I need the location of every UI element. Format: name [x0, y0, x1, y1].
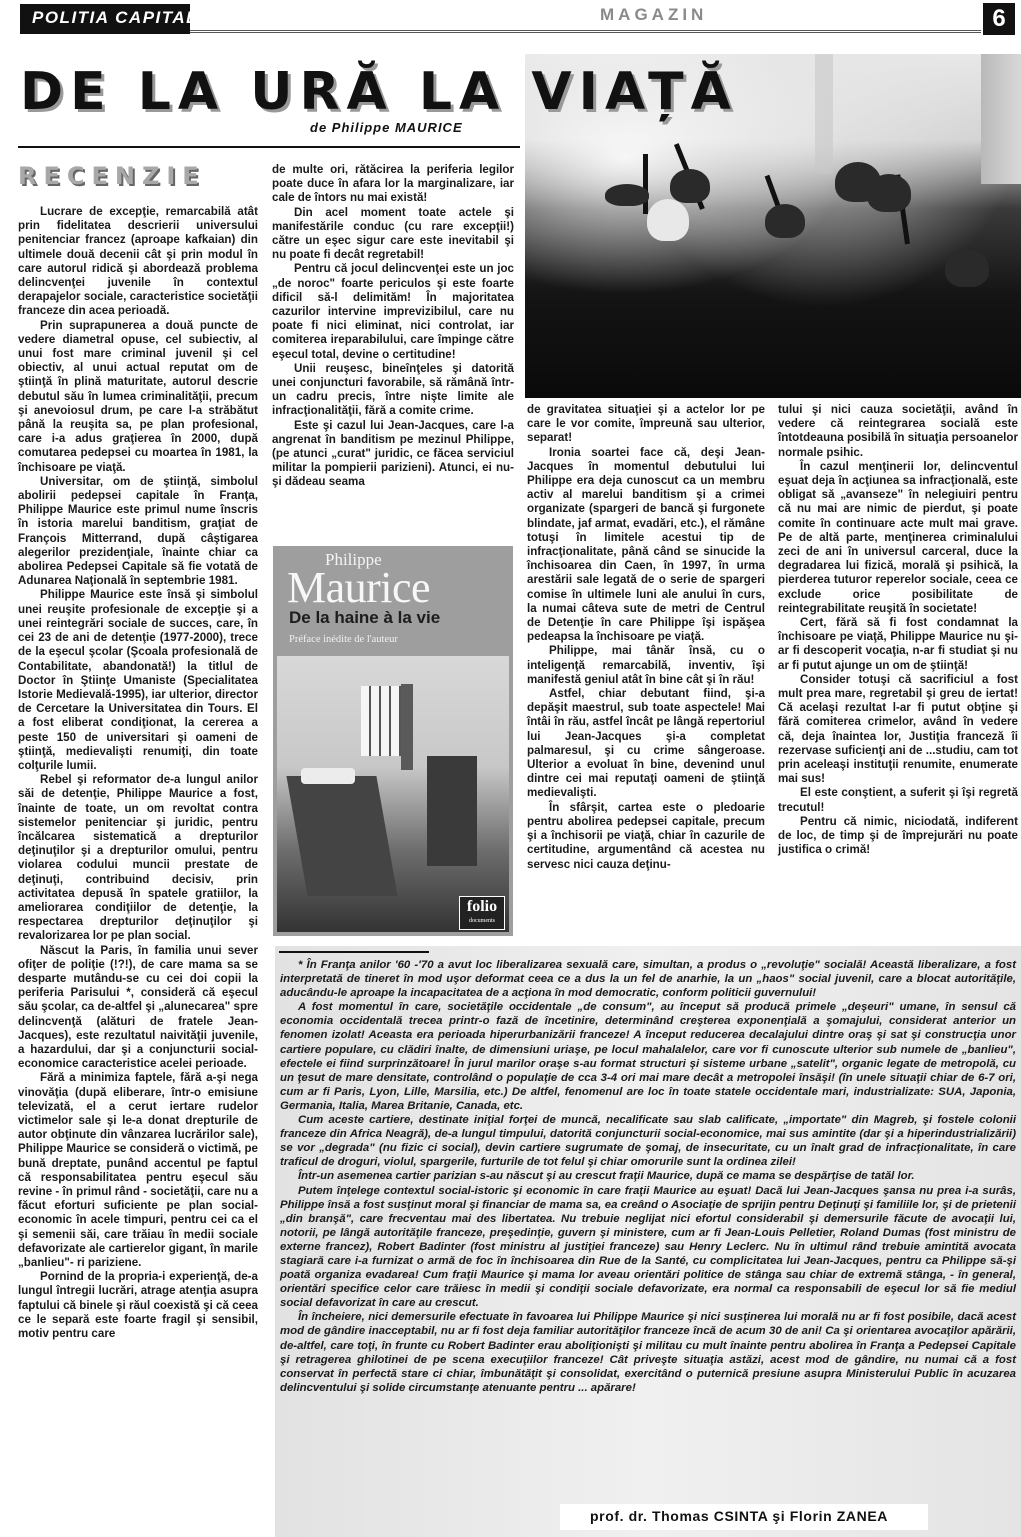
- book-cover-image: Philippe Maurice De la haine à la vie Pr…: [273, 546, 513, 936]
- rubric-label: RECENZIE: [18, 162, 206, 190]
- paragraph: Ironia soartei face că, deşi Jean-Jacque…: [527, 446, 765, 645]
- prison-cell-photo: [277, 656, 509, 932]
- paragraph: Consider totuşi că sacrificiul a fost mu…: [778, 673, 1018, 787]
- book-author-last: Maurice: [287, 562, 430, 613]
- paragraph: Lucrare de excepţie, remarcabilă atât pr…: [18, 205, 258, 319]
- paragraph: Astfel, chiar debutant fiind, şi-a depăş…: [527, 687, 765, 801]
- section-header: POLITIA CAPITALEI: [20, 4, 190, 34]
- header-rule: [190, 30, 981, 33]
- paragraph: În cazul menţinerii lor, delincventul eş…: [778, 460, 1018, 616]
- paragraph: El este conştient, a suferit şi îşi regr…: [778, 786, 1018, 814]
- paragraph: Pentru că jocul delincvenţei este un joc…: [272, 262, 514, 361]
- byline: de Philippe MAURICE: [310, 120, 463, 135]
- footnote-paragraph: Putem înţelege contextul social-istoric …: [280, 1184, 1016, 1311]
- paragraph: de multe ori, rătăcirea la periferia leg…: [272, 163, 514, 206]
- article-column-3: de gravitatea situaţiei şi a actelor lor…: [527, 403, 765, 872]
- footnote-paragraph: * În Franţa anilor '60 -'70 a avut loc l…: [280, 958, 1016, 1000]
- paragraph: Pentru că nimic, niciodată, indiferent d…: [778, 815, 1018, 858]
- article-column-4: tului şi nici cauza societăţii, având în…: [778, 403, 1018, 858]
- article-title: DE LA URĂ LA VIAȚĂ: [20, 62, 738, 122]
- footnote-paragraph: A fost momentul în care, societăţile occ…: [280, 1000, 1016, 1113]
- paragraph: Prin suprapunerea a două puncte de veder…: [18, 319, 258, 475]
- footnote-paragraph: Cum aceste cartiere, destinate iniţial f…: [280, 1113, 1016, 1169]
- section-title: POLITIA CAPITALEI: [32, 8, 217, 28]
- footnote-text: * În Franţa anilor '60 -'70 a avut loc l…: [280, 958, 1016, 1395]
- paragraph: tului şi nici cauza societăţii, având în…: [778, 403, 1018, 460]
- signature: prof. dr. Thomas CSINTA şi Florin ZANEA: [590, 1508, 888, 1524]
- paragraph: În sfârşit, cartea este o pledoarie pent…: [527, 801, 765, 872]
- category-label: MAGAZIN: [600, 5, 707, 25]
- book-subtitle: Préface inédite de l'auteur: [289, 634, 398, 645]
- footnote-rule: [279, 951, 429, 953]
- paragraph: Pornind de la propria-i experienţă, de-a…: [18, 1270, 258, 1341]
- paragraph: Philippe, mai tânăr însă, cu o inteligen…: [527, 644, 765, 687]
- article-column-2: de multe ori, rătăcirea la periferia leg…: [272, 163, 514, 490]
- paragraph: Născut la Paris, în familia unui sever o…: [18, 944, 258, 1072]
- paragraph: Cert, fără să fi fost condamnat la închi…: [778, 616, 1018, 673]
- page-number: 6: [983, 3, 1015, 35]
- paragraph: de gravitatea situaţiei şi a actelor lor…: [527, 403, 765, 446]
- paragraph: Din acel moment toate actele şi manifest…: [272, 206, 514, 263]
- article-column-1: Lucrare de excepţie, remarcabilă atât pr…: [18, 205, 258, 1341]
- paragraph: Fără a minimiza faptele, fără a-şi nega …: [18, 1071, 258, 1270]
- book-title: De la haine à la vie: [289, 608, 440, 628]
- paragraph: Philippe Maurice este însă şi simbolul u…: [18, 588, 258, 773]
- footnote-paragraph: Într-un asemenea cartier parizian s-au n…: [280, 1169, 1016, 1183]
- footnote-paragraph: În încheiere, nici demersurile efectuate…: [280, 1310, 1016, 1395]
- title-rule: [18, 146, 520, 148]
- paragraph: Este şi cazul lui Jean-Jacques, care l-a…: [272, 419, 514, 490]
- paragraph: Rebel şi reformator de-a lungul anilor s…: [18, 773, 258, 943]
- paragraph: Unii reuşesc, bineînţeles şi datorită un…: [272, 362, 514, 419]
- signature-box: prof. dr. Thomas CSINTA şi Florin ZANEA: [560, 1504, 928, 1530]
- paragraph: Universitar, om de ştiinţă, simbolul abo…: [18, 475, 258, 589]
- publisher-logo: folio documents: [459, 896, 505, 930]
